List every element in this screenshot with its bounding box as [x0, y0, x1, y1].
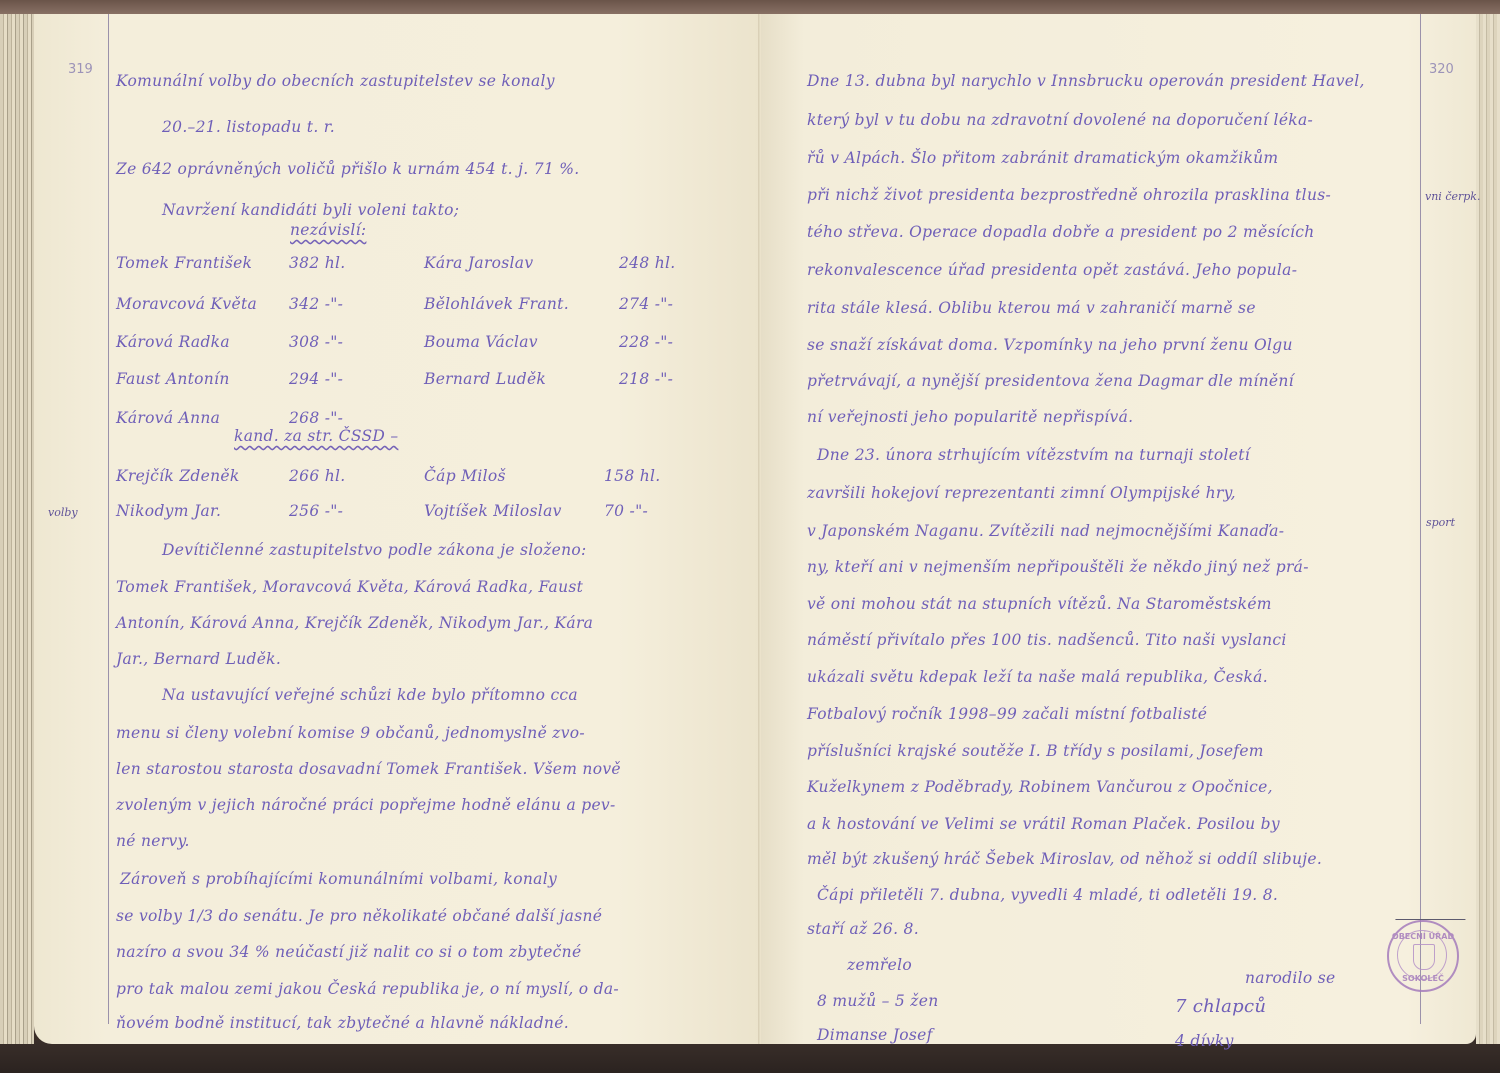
page-stack-left [0, 14, 34, 1044]
text-line: Dne 23. února strhujícím vítězstvím na t… [817, 446, 1250, 464]
text-line: příslušníci krajské soutěže I. B třídy s… [807, 742, 1264, 760]
candidate-name: Bouma Václav [424, 333, 538, 351]
text-line: Jar., Bernard Luděk. [116, 650, 281, 668]
right-page: 320 vni čerpk. sport Dne 13. dubna byl n… [761, 14, 1476, 1044]
text-line: ňovém bodně institucí, tak zbytečné a hl… [116, 1014, 569, 1032]
births-label: narodilo se [1245, 969, 1336, 987]
text-line: zvoleným v jejich náročné práci popřejme… [116, 796, 616, 814]
text-line: Zároveň s probíhajícími komunálními volb… [120, 870, 557, 888]
coat-of-arms-icon [1413, 944, 1435, 970]
text-line: 20.–21. listopadu t. r. [162, 118, 335, 136]
candidate-votes: 218 -"- [619, 370, 673, 388]
text-line: Antonín, Kárová Anna, Krejčík Zdeněk, Ni… [116, 614, 593, 632]
births-boys: 7 chlapců [1175, 996, 1266, 1017]
text-line: náměstí přivítalo přes 100 tis. nadšenců… [807, 631, 1287, 649]
text-line: který byl v tu dobu na zdravotní dovolen… [807, 111, 1313, 129]
candidate-name: Vojtíšek Miloslav [424, 502, 562, 520]
text-line: Devítičlenné zastupitelstvo podle zákona… [162, 541, 587, 559]
text-line: ukázali světu kdepak leží ta naše malá r… [807, 668, 1268, 686]
text-line: Ze 642 oprávněných voličů přišlo k urnám… [116, 160, 580, 178]
candidate-votes: 248 hl. [619, 254, 675, 272]
text-line: nazíro a svou 34 % neúčastí již nalit co… [116, 943, 581, 961]
text-line: ní veřejnosti jeho popularitě nepřispívá… [807, 408, 1133, 426]
stamp-bottom-text: SOKOLEČ [1389, 974, 1457, 983]
candidate-name: Bělohlávek Frant. [424, 295, 569, 313]
text-line: řů v Alpách. Šlo přitom zabránit dramati… [807, 149, 1278, 167]
births-girls: 4 dívky [1175, 1032, 1234, 1050]
municipal-stamp: OBECNÍ ÚŘAD SOKOLEČ [1387, 920, 1459, 992]
signature [1395, 905, 1470, 920]
text-line: len starostou starosta dosavadní Tomek F… [116, 760, 621, 778]
text-line: se snaží získávat doma. Vzpomínky na jeh… [807, 336, 1293, 354]
candidate-votes: 228 -"- [619, 333, 673, 351]
text-line: staří až 26. 8. [807, 920, 919, 938]
text-line: se volby 1/3 do senátu. Je pro několikat… [116, 907, 602, 925]
candidate-name: Čáp Miloš [424, 467, 506, 485]
margin-note: sport [1426, 516, 1455, 529]
text-line: v Japonském Naganu. Zvítězili nad nejmoc… [807, 522, 1284, 540]
candidate-name: Kárová Radka [116, 333, 230, 351]
candidate-votes: 274 -"- [619, 295, 673, 313]
margin-line [1420, 14, 1421, 1024]
page-number: 319 [68, 62, 93, 77]
candidate-votes: 256 -"- [289, 502, 343, 520]
section-heading: kand. za str. ČSSD – [234, 427, 398, 445]
candidate-votes: 294 -"- [289, 370, 343, 388]
text-line: Na ustavující veřejné schůzi kde bylo př… [162, 686, 578, 704]
text-line: Komunální volby do obecních zastupitelst… [116, 72, 555, 90]
text-line: né nervy. [116, 832, 190, 850]
candidate-name: Kára Jaroslav [424, 254, 533, 272]
text-line: tého střeva. Operace dopadla dobře a pre… [807, 223, 1315, 241]
text-line: završili hokejoví reprezentanti zimní Ol… [807, 484, 1236, 502]
page-stack-right [1476, 14, 1500, 1044]
candidate-name: Nikodym Jar. [116, 502, 221, 520]
text-line: a k hostování ve Velimi se vrátil Roman … [807, 815, 1280, 833]
margin-line [108, 14, 109, 1024]
text-line: Kuželkynem z Poděbrady, Robinem Vančurou… [807, 778, 1273, 796]
candidate-votes: 342 -"- [289, 295, 343, 313]
candidate-name: Kárová Anna [116, 409, 220, 427]
candidate-name: Moravcová Květa [116, 295, 257, 313]
candidate-votes: 268 -"- [289, 409, 343, 427]
text-line: měl být zkušený hráč Šebek Miroslav, od … [807, 850, 1322, 868]
candidate-votes: 382 hl. [289, 254, 345, 272]
section-heading: nezávislí: [290, 221, 366, 239]
deaths-count: 8 mužů – 5 žen [817, 992, 939, 1010]
candidate-name: Krejčík Zdeněk [116, 467, 240, 485]
candidate-votes: 158 hl. [604, 467, 660, 485]
left-page: 319 volby Komunální volby do obecních za… [34, 14, 761, 1044]
text-line: pro tak malou zemi jakou Česká republika… [116, 980, 619, 998]
page-number: 320 [1429, 62, 1454, 77]
text-line: ny, kteří ani v nejmenším nepřipouštěli … [807, 558, 1309, 576]
text-line: Navržení kandidáti byli voleni takto; [162, 201, 459, 219]
candidate-votes: 266 hl. [289, 467, 345, 485]
text-line: při nichž život presidenta bezprostředně… [807, 186, 1331, 204]
candidate-name: Bernard Luděk [424, 370, 546, 388]
deceased-name: Dimanse Josef [817, 1026, 933, 1044]
margin-note: vni čerpk. [1425, 190, 1480, 203]
deaths-label: zemřelo [847, 956, 912, 974]
candidate-votes: 70 -"- [604, 502, 648, 520]
text-line: menu si členy volební komise 9 občanů, j… [116, 724, 585, 742]
candidate-name: Tomek František [116, 254, 252, 272]
text-line: přetrvávají, a nynější presidentova žena… [807, 372, 1294, 390]
text-line: Tomek František, Moravcová Květa, Kárová… [116, 578, 583, 596]
candidate-name: Faust Antonín [116, 370, 230, 388]
stamp-top-text: OBECNÍ ÚŘAD [1389, 932, 1457, 941]
candidate-votes: 308 -"- [289, 333, 343, 351]
text-line: rita stále klesá. Oblibu kterou má v zah… [807, 299, 1256, 317]
text-line: Dne 13. dubna byl narychlo v Innsbrucku … [807, 72, 1365, 90]
text-line: Čápi přiletěli 7. dubna, vyvedli 4 mladé… [817, 886, 1278, 904]
text-line: rekonvalescence úřad presidenta opět zas… [807, 261, 1297, 279]
text-line: Fotbalový ročník 1998–99 začali místní f… [807, 705, 1207, 723]
margin-note: volby [48, 506, 78, 519]
book-cover-bottom [0, 1040, 1500, 1073]
text-line: vě oni mohou stát na stupních vítězů. Na… [807, 595, 1272, 613]
